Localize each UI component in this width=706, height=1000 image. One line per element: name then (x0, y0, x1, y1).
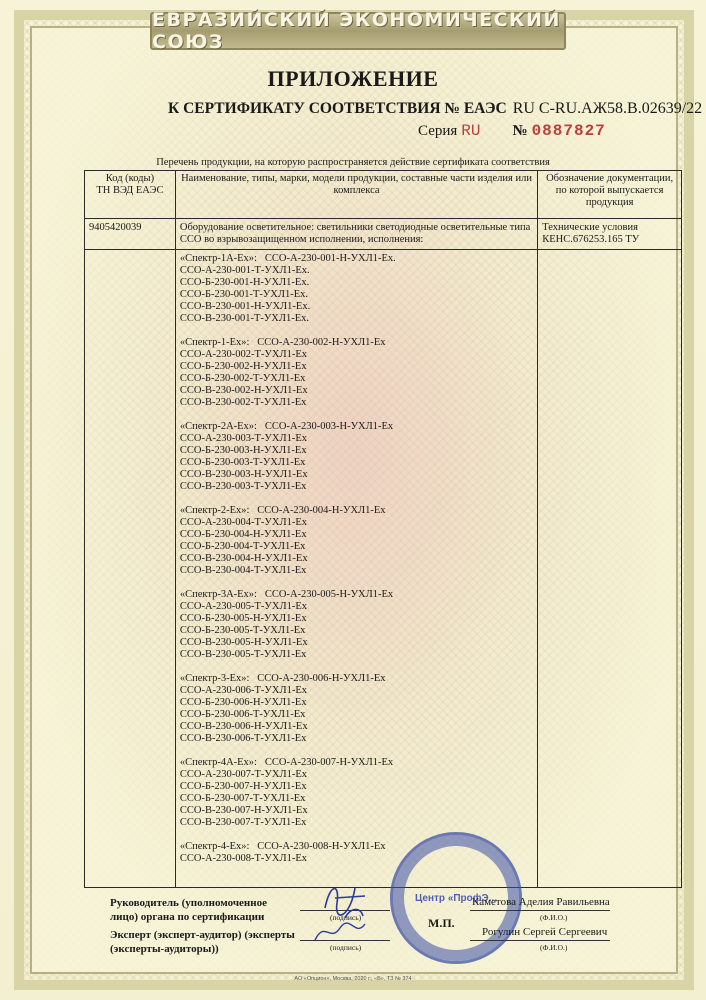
list-item: ССО-В-230-006-Т-УХЛ1-Ех (180, 733, 533, 745)
list-item: ССО-В-230-003-Н-УХЛ1-Ех (180, 469, 533, 481)
header-code-text: Код (коды)ТН ВЭД ЕАЭС (96, 173, 163, 196)
list-item: ССО-В-230-002-Т-УХЛ1-Ех (180, 397, 533, 409)
document-title: ПРИЛОЖЕНИЕ (0, 66, 706, 92)
header-code: Код (коды)ТН ВЭД ЕАЭС (85, 171, 176, 219)
certificate-reference: К СЕРТИФИКАТУ СООТВЕТСТВИЯ № ЕАЭС RU C-R… (168, 100, 702, 118)
list-item: «Спектр-1-Ех»: ССО-А-230-002-Н-УХЛ1-Ех (180, 337, 533, 349)
list-item: ССО-А-230-004-Т-УХЛ1-Ех (180, 517, 533, 529)
table-header-row: Код (коды)ТН ВЭД ЕАЭС Наименование, типы… (85, 171, 682, 219)
hs-code: 9405420039 (85, 219, 176, 250)
expert-fio-caption: (Ф.И.О.) (540, 943, 567, 952)
header-docs-text: Обозначение документации, по которой вып… (546, 173, 673, 208)
group-spacer (180, 325, 533, 337)
list-item: ССО-В-230-007-Т-УХЛ1-Ех (180, 817, 533, 829)
documentation: Технические условия КЕНС.676253.165 ТУ (538, 219, 682, 250)
list-item: ССО-В-230-006-Н-УХЛ1-Ех (180, 721, 533, 733)
number-label: № (512, 123, 527, 140)
product-groups: «Спектр-1А-Ех»: ССО-А-230-001-Н-УХЛ1-Ех.… (175, 250, 537, 888)
list-item: ССО-Б-230-006-Н-УХЛ1-Ех (180, 697, 533, 709)
list-item: ССО-В-230-005-Т-УХЛ1-Ех (180, 649, 533, 661)
header-name-text: Наименование, типы, марки, модели продук… (181, 173, 532, 196)
head-name: Каметова Аделия Равильевна (472, 896, 610, 908)
list-item: ССО-А-230-006-Т-УХЛ1-Ех (180, 685, 533, 697)
list-item: ССО-Б-230-003-Т-УХЛ1-Ех (180, 457, 533, 469)
list-item: ССО-А-230-007-Т-УХЛ1-Ех (180, 769, 533, 781)
table-row: «Спектр-1А-Ех»: ССО-А-230-001-Н-УХЛ1-Ех.… (85, 250, 682, 888)
list-item: ССО-Б-230-001-Н-УХЛ1-Ех. (180, 277, 533, 289)
product-intro: Оборудование осветительное: светильники … (175, 219, 537, 250)
head-name-line (470, 910, 610, 911)
list-item: ССО-Б-230-007-Н-УХЛ1-Ех (180, 781, 533, 793)
empty-cell (538, 250, 682, 888)
list-item: ССО-В-230-001-Т-УХЛ1-Ех. (180, 313, 533, 325)
list-item: ССО-Б-230-007-Т-УХЛ1-Ех (180, 793, 533, 805)
expert-name-line (470, 940, 610, 941)
table-caption: Перечень продукции, на которую распростр… (0, 157, 706, 168)
header-docs: Обозначение документации, по которой вып… (538, 171, 682, 219)
series-number-row: Серия RU № 0887827 (418, 122, 606, 140)
group-spacer (180, 493, 533, 505)
banner-text: ЕВРАЗИЙСКИЙ ЭКОНОМИЧЕСКИЙ СОЮЗ (152, 9, 564, 53)
list-item: ССО-А-230-002-Т-УХЛ1-Ех (180, 349, 533, 361)
list-item: «Спектр-3-Ех»: ССО-А-230-006-Н-УХЛ1-Ех (180, 673, 533, 685)
list-item: ССО-Б-230-003-Н-УХЛ1-Ех (180, 445, 533, 457)
list-item: «Спектр-2-Ех»: ССО-А-230-004-Н-УХЛ1-Ех (180, 505, 533, 517)
list-item: «Спектр-1А-Ех»: ССО-А-230-001-Н-УХЛ1-Ех. (180, 253, 533, 265)
certificate-page: ЕВРАЗИЙСКИЙ ЭКОНОМИЧЕСКИЙ СОЮЗ ПРИЛОЖЕНИ… (0, 0, 706, 1000)
list-item: ССО-Б-230-004-Н-УХЛ1-Ех (180, 529, 533, 541)
list-item: ССО-Б-230-005-Н-УХЛ1-Ех (180, 613, 533, 625)
list-item: ССО-Б-230-001-Т-УХЛ1-Ех. (180, 289, 533, 301)
list-item: ССО-Б-230-006-Т-УХЛ1-Ех (180, 709, 533, 721)
list-item: ССО-В-230-003-Т-УХЛ1-Ех (180, 481, 533, 493)
list-item: ССО-В-230-004-Н-УХЛ1-Ех (180, 553, 533, 565)
empty-cell (85, 250, 176, 888)
series-value: RU (461, 122, 480, 140)
expert-name: Рогулин Сергей Сергеевич (482, 926, 607, 938)
list-item: ССО-А-230-005-Т-УХЛ1-Ех (180, 601, 533, 613)
expert-label: Эксперт (эксперт-аудитор) (эксперты (экс… (110, 928, 300, 956)
list-item: ССО-В-230-005-Н-УХЛ1-Ех (180, 637, 533, 649)
list-item: ССО-Б-230-005-Т-УХЛ1-Ех (180, 625, 533, 637)
list-item: ССО-В-230-004-Т-УХЛ1-Ех (180, 565, 533, 577)
group-spacer (180, 745, 533, 757)
products-table: Код (коды)ТН ВЭД ЕАЭС Наименование, типы… (84, 170, 682, 888)
group-spacer (180, 577, 533, 589)
list-item: ССО-Б-230-004-Т-УХЛ1-Ех (180, 541, 533, 553)
header-name: Наименование, типы, марки, модели продук… (175, 171, 537, 219)
list-item: ССО-А-230-001-Т-УХЛ1-Ех. (180, 265, 533, 277)
list-item: ССО-В-230-002-Н-УХЛ1-Ех (180, 385, 533, 397)
list-item: ССО-В-230-007-Н-УХЛ1-Ех (180, 805, 533, 817)
list-item: ССО-В-230-001-Н-УХЛ1-Ех. (180, 301, 533, 313)
union-banner: ЕВРАЗИЙСКИЙ ЭКОНОМИЧЕСКИЙ СОЮЗ (150, 12, 566, 50)
list-item: «Спектр-4А-Ех»: ССО-А-230-007-Н-УХЛ1-Ех (180, 757, 533, 769)
list-item: ССО-Б-230-002-Т-УХЛ1-Ех (180, 373, 533, 385)
form-number: 0887827 (532, 122, 606, 140)
list-item: ССО-Б-230-002-Н-УХЛ1-Ех (180, 361, 533, 373)
head-fio-caption: (Ф.И.О.) (540, 913, 567, 922)
list-item: «Спектр-3А-Ех»: ССО-А-230-005-Н-УХЛ1-Ех (180, 589, 533, 601)
subtitle: К СЕРТИФИКАТУ СООТВЕТСТВИЯ № ЕАЭС (168, 100, 507, 118)
list-item: «Спектр-2А-Ех»: ССО-А-230-003-Н-УХЛ1-Ех (180, 421, 533, 433)
group-spacer (180, 409, 533, 421)
table-row: 9405420039 Оборудование осветительное: с… (85, 219, 682, 250)
certificate-number: RU C-RU.АЖ58.В.02639/22 (513, 100, 702, 118)
list-item: ССО-А-230-003-Т-УХЛ1-Ех (180, 433, 533, 445)
seal-label: М.П. (428, 916, 455, 931)
head-label: Руководитель (уполномоченное лицо) орган… (110, 896, 290, 924)
print-footer: АО «Опцион», Москва, 2020 г., «Б», ТЗ № … (0, 976, 706, 982)
series-label: Серия (418, 123, 457, 140)
signature-block: Руководитель (уполномоченное лицо) орган… (110, 896, 630, 986)
group-spacer (180, 661, 533, 673)
expert-signature-icon (310, 918, 370, 948)
